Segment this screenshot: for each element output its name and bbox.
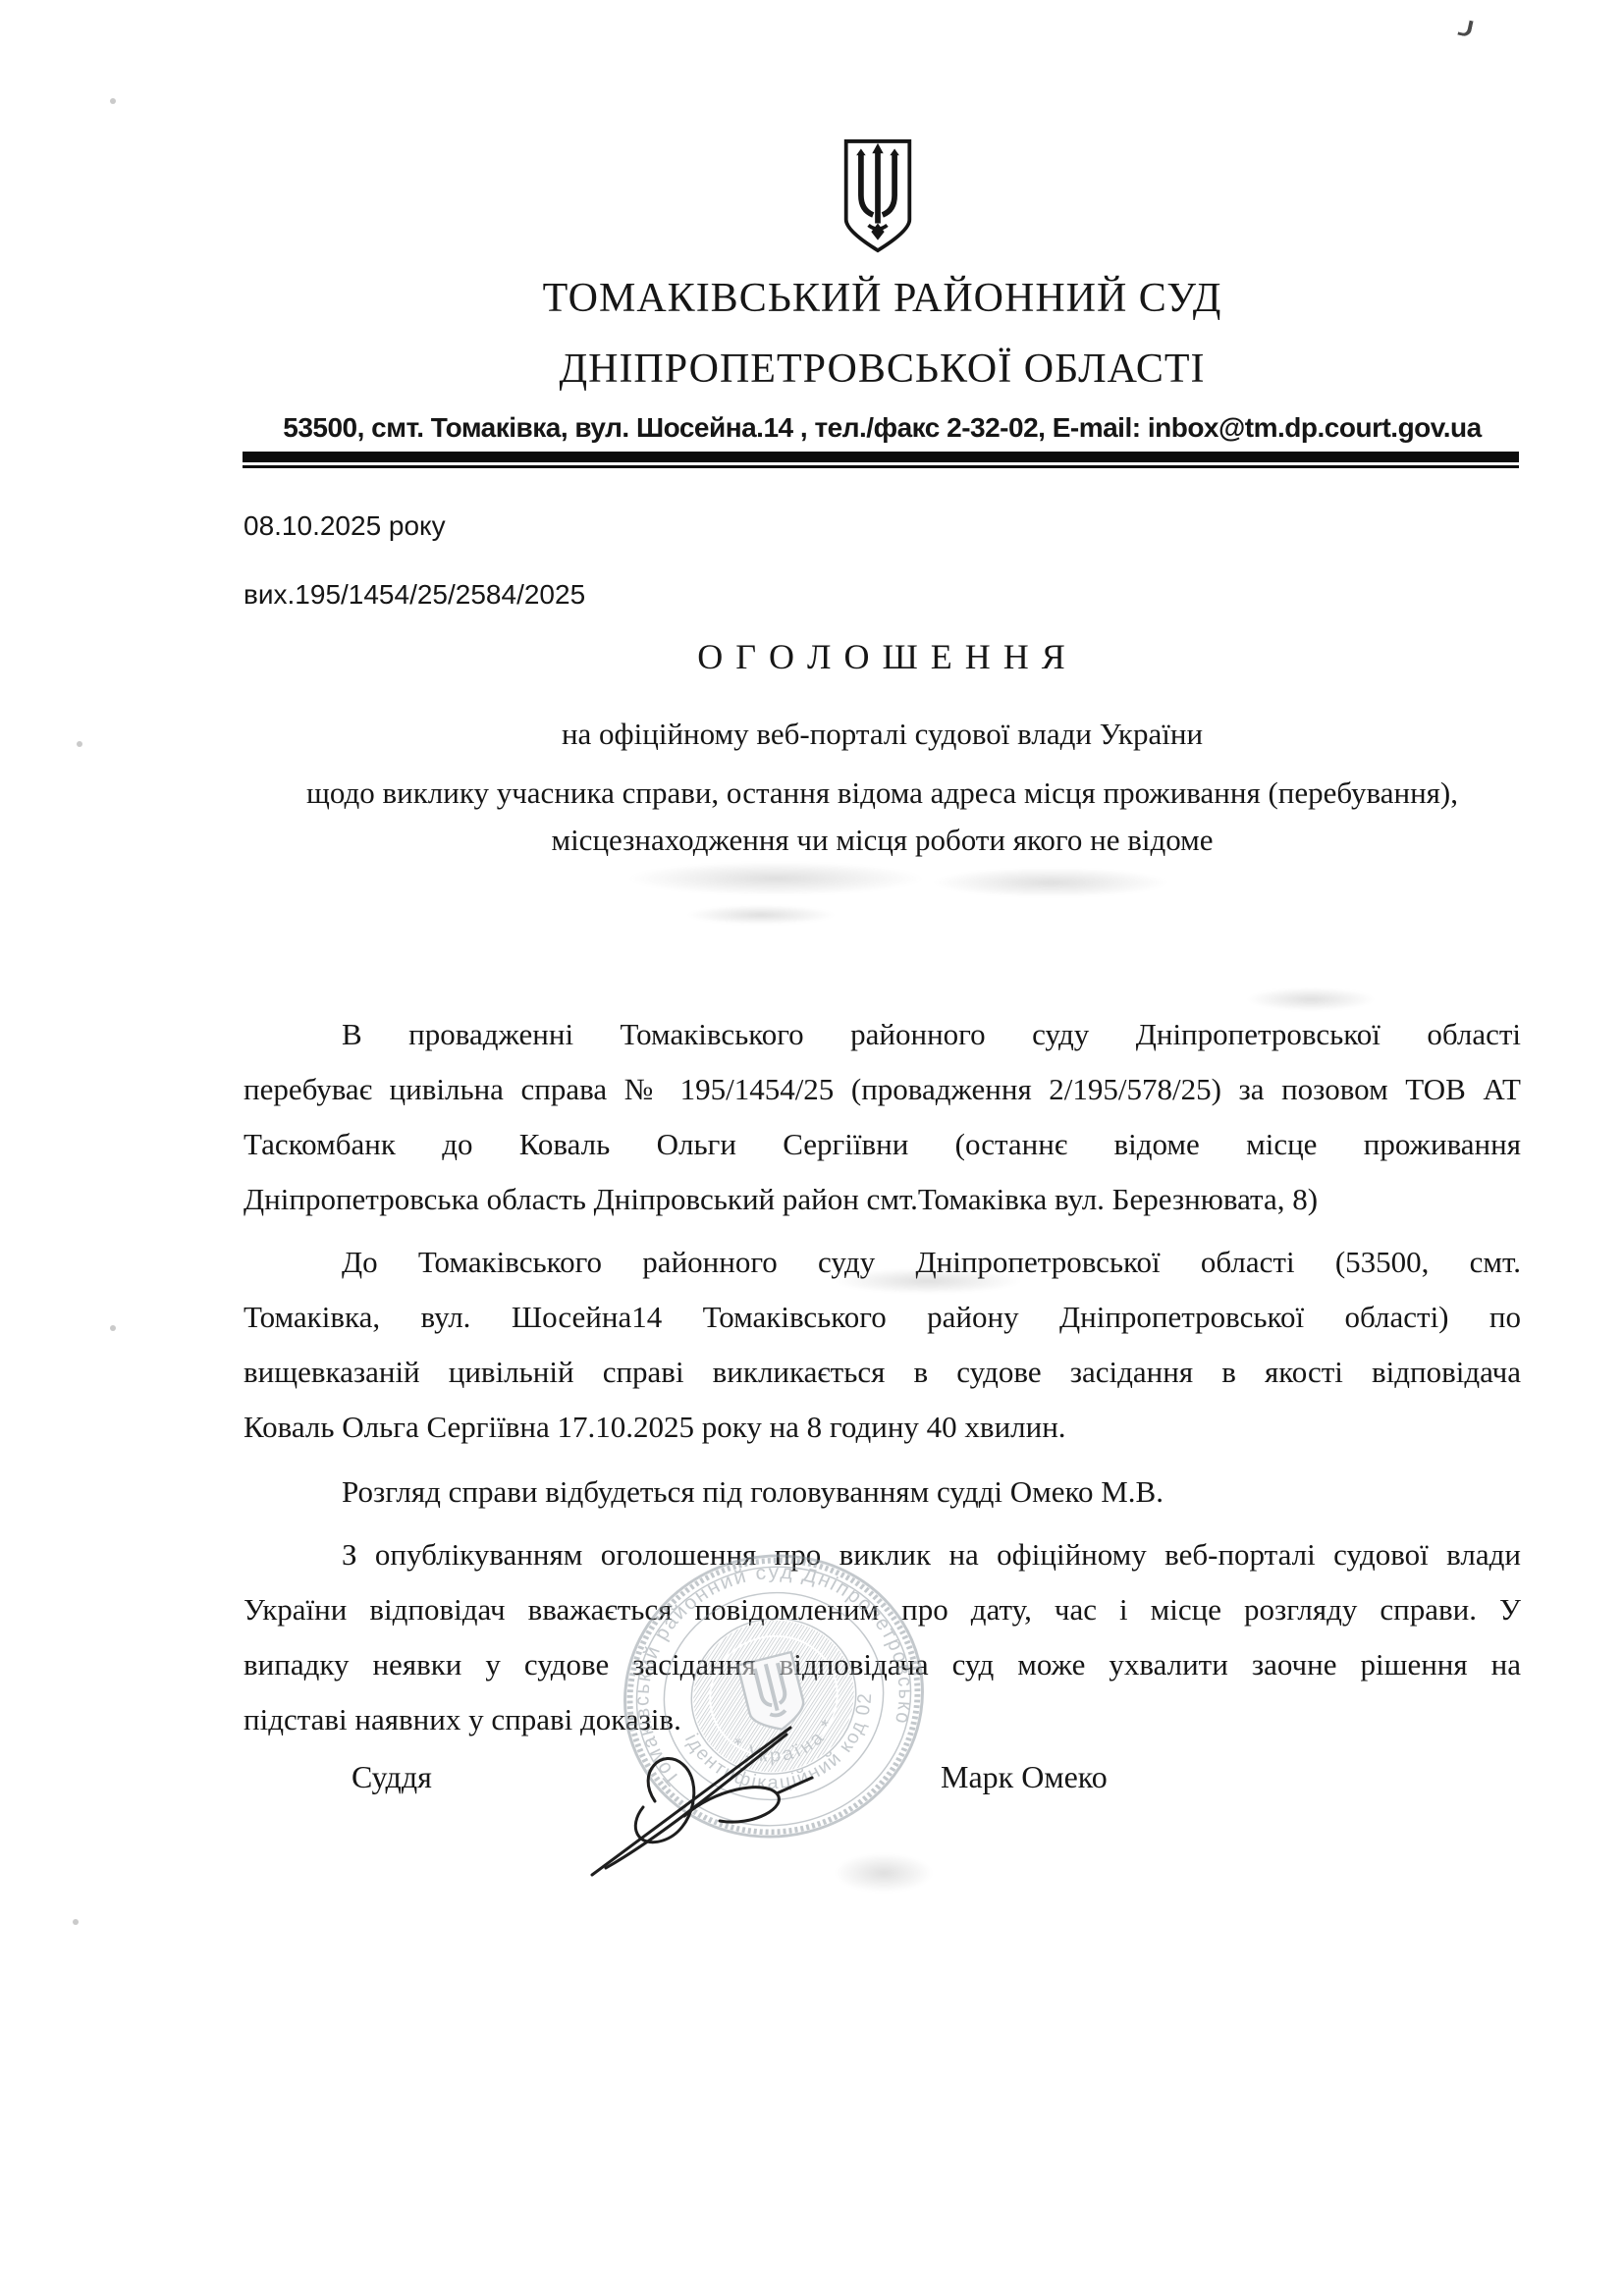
paragraph-line: Таскомбанк до Коваль Ольги Сергіївни (ос… (244, 1117, 1521, 1172)
judge-signature (545, 1634, 957, 1890)
paragraph-line: перебуває цивільна справа № 195/1454/25 … (244, 1062, 1521, 1117)
paragraph-line: вищевказаній цивільній справі викликаєть… (244, 1345, 1521, 1400)
scan-smudge (1247, 988, 1375, 1011)
scan-speck (110, 1325, 116, 1331)
divider-thin-bar (243, 465, 1519, 468)
paragraph-case-info: В провадженні Томаківського районного су… (244, 1007, 1521, 1227)
scan-speck (73, 1919, 79, 1925)
paragraph-summons: До Томаківського районного суду Дніпропе… (244, 1235, 1521, 1455)
scanned-court-document: ТОМАКІВСЬКИЙ РАЙОННИЙ СУД ДНІПРОПЕТРОВСЬ… (0, 0, 1624, 2296)
paragraph-line: Дніпропетровська область Дніпровський ра… (244, 1172, 1521, 1227)
outgoing-ref-number: вих.195/1454/25/2584/2025 (244, 579, 585, 611)
scan-artifact (1457, 19, 1473, 37)
header-divider-rule (243, 452, 1519, 469)
scan-speck (110, 98, 116, 104)
paragraph-line: Томаківка, вул. Шосейна14 Томаківського … (244, 1290, 1521, 1345)
scan-smudge (628, 862, 923, 895)
document-date: 08.10.2025 року (244, 510, 446, 542)
judge-label: Суддя (352, 1759, 432, 1795)
paragraph-line: В провадженні Томаківського районного су… (244, 1007, 1521, 1062)
scan-speck (77, 741, 82, 747)
court-name-line2: ДНІПРОПЕТРОВСЬКОЇ ОБЛАСТІ (244, 346, 1521, 393)
divider-thick-bar (243, 452, 1519, 462)
court-name-line1: ТОМАКІВСЬКИЙ РАЙОННИЙ СУД (244, 275, 1521, 322)
paragraph-line: Коваль Ольга Сергіївна 17.10.2025 року н… (244, 1400, 1521, 1455)
ukraine-trident-emblem-icon (840, 137, 915, 255)
announcement-subtitle-summons-1: щодо виклику учасника справи, остання ві… (244, 775, 1521, 811)
announcement-subtitle-summons-2: місцезнаходження чи місця роботи якого н… (244, 823, 1521, 858)
announcement-title: О Г О Л О Ш Е Н Н Я (244, 636, 1521, 677)
scan-smudge (835, 1268, 1021, 1294)
scan-smudge (687, 905, 835, 925)
court-contact-line: 53500, смт. Томаківка, вул. Шосейна.14 ,… (244, 412, 1521, 444)
scan-smudge (933, 868, 1168, 897)
judge-name: Марк Омеко (941, 1759, 1108, 1795)
paragraph-presiding-judge: Розгляд справи відбудеться під головуван… (244, 1465, 1521, 1520)
scan-smudge (835, 1853, 933, 1893)
announcement-subtitle-portal: на офіційному веб-порталі судової влади … (244, 717, 1521, 752)
